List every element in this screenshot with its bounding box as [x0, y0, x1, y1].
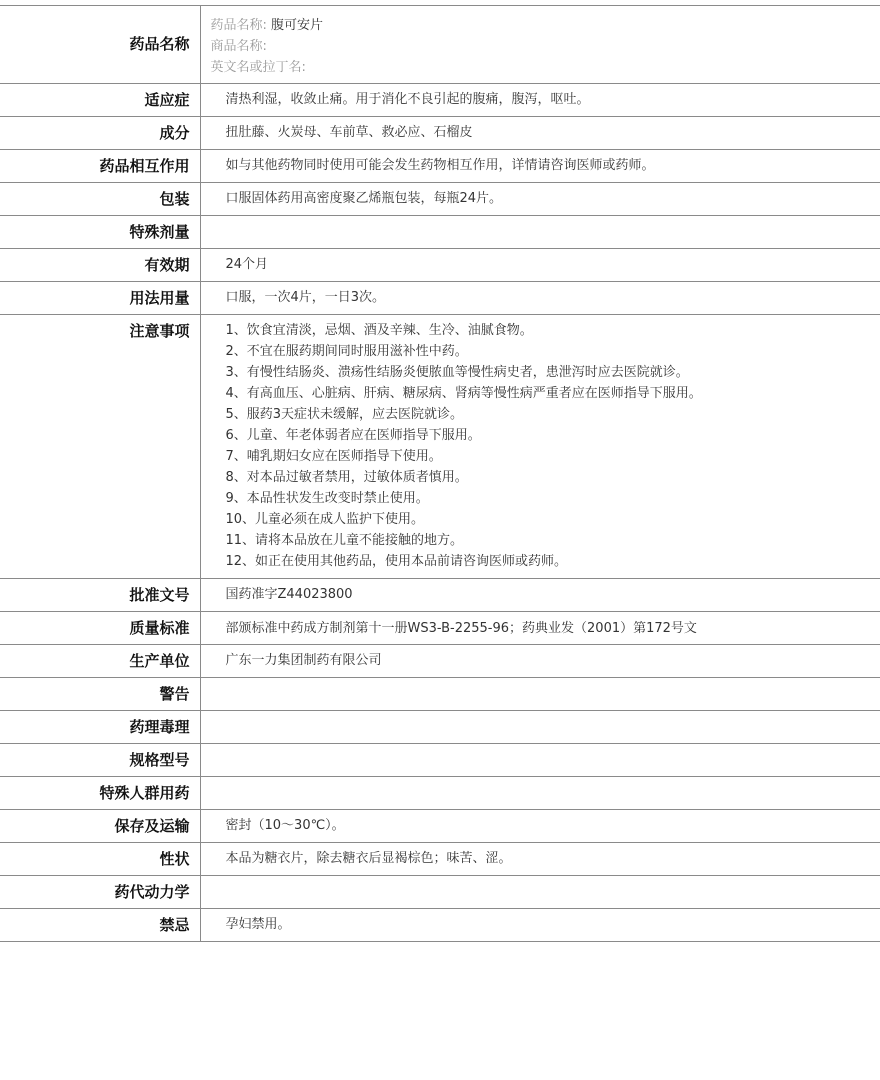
label-text: 适应症	[0, 84, 190, 116]
value-text: 24个月	[226, 249, 880, 281]
value-text: 口服，一次4片，一日3次。	[226, 282, 880, 314]
row-special-dosage: 特殊剂量	[0, 216, 880, 249]
row-label: 保存及运输	[0, 810, 200, 843]
row-storage: 保存及运输 密封（10～30℃）。	[0, 810, 880, 843]
row-label: 禁忌	[0, 909, 200, 942]
row-label: 特殊人群用药	[0, 777, 200, 810]
list-item: 1、饮食宜清淡，忌烟、酒及辛辣、生冷、油腻食物。	[226, 320, 880, 341]
generic-name-line: 药品名称: 腹可安片	[211, 15, 880, 36]
label-text: 特殊剂量	[0, 216, 190, 248]
row-label: 用法用量	[0, 282, 200, 315]
row-pharmacology: 药理毒理	[0, 711, 880, 744]
row-drug-name: 药品名称 药品名称: 腹可安片 商品名称: 英文名或拉丁名:	[0, 6, 880, 84]
value-text: 口服固体药用高密度聚乙烯瓶包装，每瓶24片。	[226, 183, 880, 215]
row-value: 部颁标准中药成方制剂第十一册WS3-B-2255-96；药典业发（2001）第1…	[200, 612, 880, 645]
row-value: 口服固体药用高密度聚乙烯瓶包装，每瓶24片。	[200, 183, 880, 216]
row-label: 成分	[0, 117, 200, 150]
list-item: 3、有慢性结肠炎、溃疡性结肠炎便脓血等慢性病史者，患泄泻时应去医院就诊。	[226, 362, 880, 383]
value-text: 孕妇禁用。	[226, 909, 880, 941]
value-text: 国药准字Z44023800	[226, 579, 880, 611]
row-pharmacokinetics: 药代动力学	[0, 876, 880, 909]
row-dosage: 用法用量 口服，一次4片，一日3次。	[0, 282, 880, 315]
list-item: 7、哺乳期妇女应在医师指导下使用。	[226, 446, 880, 467]
row-interactions: 药品相互作用 如与其他药物同时使用可能会发生药物相互作用，详情请咨询医师或药师。	[0, 150, 880, 183]
label-text: 禁忌	[0, 909, 190, 941]
row-approval-number: 批准文号 国药准字Z44023800	[0, 579, 880, 612]
value-text: 本品为糖衣片，除去糖衣后显褐棕色；味苦、涩。	[226, 843, 880, 875]
latin-name-key: 英文名或拉丁名:	[211, 60, 306, 75]
row-value	[200, 777, 880, 810]
label-text: 警告	[0, 678, 190, 710]
label-text: 药品相互作用	[0, 150, 190, 182]
value-text: 清热利湿，收敛止痛。用于消化不良引起的腹痛，腹泻，呕吐。	[226, 84, 880, 116]
label-text: 药品名称	[0, 6, 190, 83]
row-precautions: 注意事项 1、饮食宜清淡，忌烟、酒及辛辣、生冷、油腻食物。 2、不宜在服药期间同…	[0, 315, 880, 579]
label-text: 药代动力学	[0, 876, 190, 908]
label-text: 包装	[0, 183, 190, 215]
row-value: 清热利湿，收敛止痛。用于消化不良引起的腹痛，腹泻，呕吐。	[200, 84, 880, 117]
list-item: 2、不宜在服药期间同时服用滋补性中药。	[226, 341, 880, 362]
row-specification: 规格型号	[0, 744, 880, 777]
row-quality-standard: 质量标准 部颁标准中药成方制剂第十一册WS3-B-2255-96；药典业发（20…	[0, 612, 880, 645]
label-text: 有效期	[0, 249, 190, 281]
row-value: 扭肚藤、火炭母、车前草、救必应、石榴皮	[200, 117, 880, 150]
value-text: 部颁标准中药成方制剂第十一册WS3-B-2255-96；药典业发（2001）第1…	[226, 612, 726, 643]
row-label: 有效期	[0, 249, 200, 282]
row-label: 包装	[0, 183, 200, 216]
label-text: 批准文号	[0, 579, 190, 611]
label-text: 注意事项	[0, 315, 190, 347]
row-value: 1、饮食宜清淡，忌烟、酒及辛辣、生冷、油腻食物。 2、不宜在服药期间同时服用滋补…	[200, 315, 880, 579]
row-value: 如与其他药物同时使用可能会发生药物相互作用，详情请咨询医师或药师。	[200, 150, 880, 183]
list-item: 11、请将本品放在儿童不能接触的地方。	[226, 530, 880, 551]
trade-name-line: 商品名称:	[211, 36, 880, 57]
value-text: 扭肚藤、火炭母、车前草、救必应、石榴皮	[226, 117, 880, 149]
row-label: 生产单位	[0, 645, 200, 678]
row-value: 孕妇禁用。	[200, 909, 880, 942]
label-text: 成分	[0, 117, 190, 149]
label-text: 生产单位	[0, 645, 190, 677]
label-text: 性状	[0, 843, 190, 875]
row-appearance: 性状 本品为糖衣片，除去糖衣后显褐棕色；味苦、涩。	[0, 843, 880, 876]
label-text: 规格型号	[0, 744, 190, 776]
list-item: 5、服药3天症状未缓解，应去医院就诊。	[226, 404, 880, 425]
label-text: 质量标准	[0, 612, 190, 644]
row-warning: 警告	[0, 678, 880, 711]
row-special-populations: 特殊人群用药	[0, 777, 880, 810]
row-value	[200, 711, 880, 744]
label-text: 药理毒理	[0, 711, 190, 743]
precautions-list: 1、饮食宜清淡，忌烟、酒及辛辣、生冷、油腻食物。 2、不宜在服药期间同时服用滋补…	[226, 315, 880, 578]
row-label: 性状	[0, 843, 200, 876]
row-value	[200, 216, 880, 249]
row-value: 24个月	[200, 249, 880, 282]
row-value: 密封（10～30℃）。	[200, 810, 880, 843]
row-value	[200, 678, 880, 711]
row-label: 规格型号	[0, 744, 200, 777]
value-text: 广东一力集团制药有限公司	[226, 645, 880, 677]
row-value: 国药准字Z44023800	[200, 579, 880, 612]
name-fields: 药品名称: 腹可安片 商品名称: 英文名或拉丁名:	[211, 6, 880, 78]
row-ingredients: 成分 扭肚藤、火炭母、车前草、救必应、石榴皮	[0, 117, 880, 150]
list-item: 4、有高血压、心脏病、肝病、糖尿病、肾病等慢性病严重者应在医师指导下服用。	[226, 383, 880, 404]
list-item: 9、本品性状发生改变时禁止使用。	[226, 488, 880, 509]
generic-name-key: 药品名称:	[211, 18, 267, 33]
row-label: 药品名称	[0, 6, 200, 84]
value-text: 如与其他药物同时使用可能会发生药物相互作用，详情请咨询医师或药师。	[226, 150, 880, 182]
row-label: 药理毒理	[0, 711, 200, 744]
row-label: 特殊剂量	[0, 216, 200, 249]
row-value	[200, 876, 880, 909]
list-item: 12、如正在使用其他药品，使用本品前请咨询医师或药师。	[226, 551, 880, 572]
row-value: 药品名称: 腹可安片 商品名称: 英文名或拉丁名:	[200, 6, 880, 84]
row-label: 适应症	[0, 84, 200, 117]
trade-name-key: 商品名称:	[211, 39, 267, 54]
row-shelf-life: 有效期 24个月	[0, 249, 880, 282]
row-value	[200, 744, 880, 777]
row-value: 广东一力集团制药有限公司	[200, 645, 880, 678]
row-label: 警告	[0, 678, 200, 711]
row-label: 注意事项	[0, 315, 200, 579]
generic-name-value: 腹可安片	[271, 18, 323, 33]
drug-info-table: 药品名称 药品名称: 腹可安片 商品名称: 英文名或拉丁名: 适应症 清热利湿，…	[0, 5, 880, 942]
row-indications: 适应症 清热利湿，收敛止痛。用于消化不良引起的腹痛，腹泻，呕吐。	[0, 84, 880, 117]
list-item: 10、儿童必须在成人监护下使用。	[226, 509, 880, 530]
row-label: 药品相互作用	[0, 150, 200, 183]
row-value: 本品为糖衣片，除去糖衣后显褐棕色；味苦、涩。	[200, 843, 880, 876]
row-label: 质量标准	[0, 612, 200, 645]
label-text: 保存及运输	[0, 810, 190, 842]
list-item: 6、儿童、年老体弱者应在医师指导下服用。	[226, 425, 880, 446]
row-packaging: 包装 口服固体药用高密度聚乙烯瓶包装，每瓶24片。	[0, 183, 880, 216]
row-label: 批准文号	[0, 579, 200, 612]
latin-name-line: 英文名或拉丁名:	[211, 57, 880, 78]
row-value: 口服，一次4片，一日3次。	[200, 282, 880, 315]
value-text: 密封（10～30℃）。	[226, 810, 880, 842]
label-text: 用法用量	[0, 282, 190, 314]
row-label: 药代动力学	[0, 876, 200, 909]
list-item: 8、对本品过敏者禁用，过敏体质者慎用。	[226, 467, 880, 488]
label-text: 特殊人群用药	[0, 777, 190, 809]
row-manufacturer: 生产单位 广东一力集团制药有限公司	[0, 645, 880, 678]
row-contraindications: 禁忌 孕妇禁用。	[0, 909, 880, 942]
